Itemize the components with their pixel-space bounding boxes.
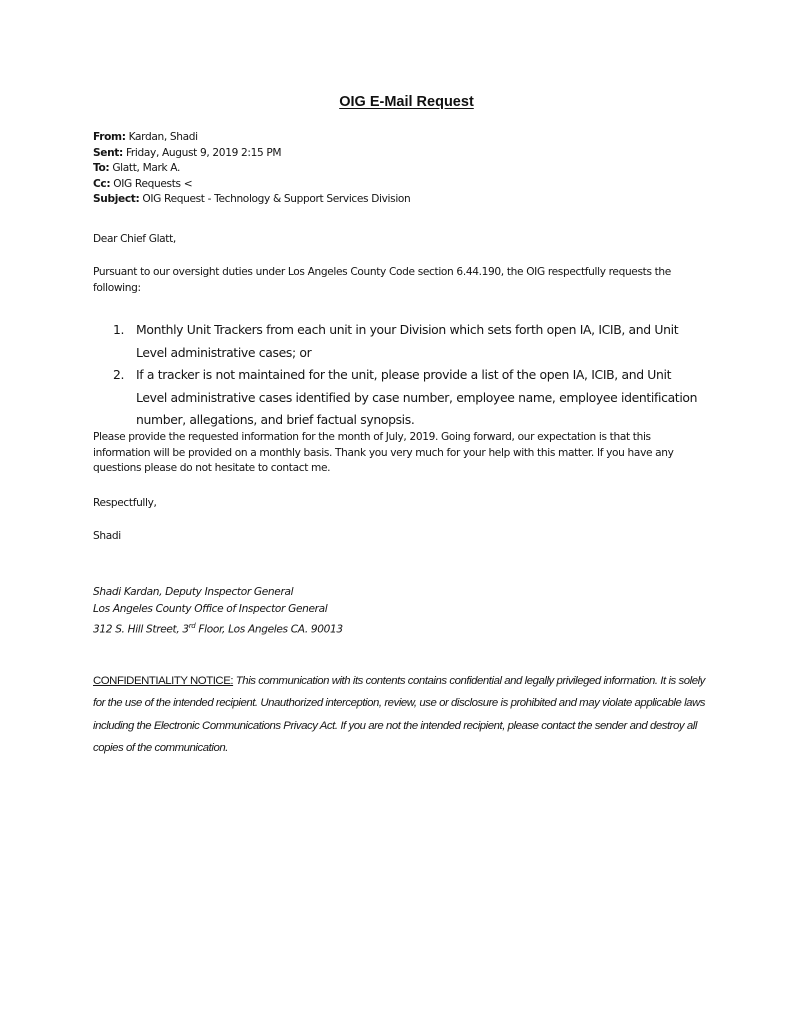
cc-line: Cc: OIG Requests < bbox=[93, 177, 410, 193]
confidentiality-notice: CONFIDENTIALITY NOTICE: This communicati… bbox=[93, 670, 718, 759]
from-value: Kardan, Shadi bbox=[129, 131, 198, 143]
signature-short: Shadi bbox=[93, 530, 121, 542]
sent-line: Sent: Friday, August 9, 2019 2:15 PM bbox=[93, 146, 410, 162]
to-value: Glatt, Mark A. bbox=[112, 162, 180, 174]
intro-paragraph: Pursuant to our oversight duties under L… bbox=[93, 265, 703, 296]
subject-line: Subject: OIG Request - Technology & Supp… bbox=[93, 192, 410, 208]
request-list: 1. Monthly Unit Trackers from each unit … bbox=[113, 319, 703, 432]
cc-label: Cc: bbox=[93, 178, 110, 190]
request-number: 2. bbox=[113, 364, 124, 387]
email-header: From: Kardan, Shadi Sent: Friday, August… bbox=[93, 130, 410, 208]
from-line: From: Kardan, Shadi bbox=[93, 130, 410, 146]
request-text: Monthly Unit Trackers from each unit in … bbox=[136, 322, 678, 360]
address-prefix: 312 S. Hill Street, 3 bbox=[93, 624, 189, 636]
subject-value: OIG Request - Technology & Support Servi… bbox=[142, 193, 410, 205]
greeting: Dear Chief Glatt, bbox=[93, 233, 176, 245]
followup-paragraph: Please provide the requested information… bbox=[93, 430, 708, 477]
sent-label: Sent: bbox=[93, 147, 123, 159]
signature-address: 312 S. Hill Street, 3rd Floor, Los Angel… bbox=[93, 618, 343, 639]
to-line: To: Glatt, Mark A. bbox=[93, 161, 410, 177]
closing: Respectfully, bbox=[93, 497, 157, 509]
confidentiality-label: CONFIDENTIALITY NOTICE: bbox=[93, 675, 233, 687]
document-page: OIG E-Mail Request From: Kardan, Shadi S… bbox=[0, 0, 791, 1024]
subject-label: Subject: bbox=[93, 193, 139, 205]
signature-name-title: Shadi Kardan, Deputy Inspector General bbox=[93, 584, 343, 601]
to-label: To: bbox=[93, 162, 109, 174]
signature-office: Los Angeles County Office of Inspector G… bbox=[93, 601, 343, 618]
sent-value: Friday, August 9, 2019 2:15 PM bbox=[126, 147, 281, 159]
request-text: If a tracker is not maintained for the u… bbox=[136, 367, 697, 427]
document-title: OIG E-Mail Request bbox=[0, 94, 791, 110]
cc-value: OIG Requests < bbox=[113, 178, 192, 190]
request-item: 1. Monthly Unit Trackers from each unit … bbox=[113, 319, 703, 364]
from-label: From: bbox=[93, 131, 126, 143]
request-number: 1. bbox=[113, 319, 124, 342]
signature-block: Shadi Kardan, Deputy Inspector General L… bbox=[93, 584, 343, 639]
request-item: 2. If a tracker is not maintained for th… bbox=[113, 364, 703, 432]
address-suffix: Floor, Los Angeles CA. 90013 bbox=[195, 624, 342, 636]
